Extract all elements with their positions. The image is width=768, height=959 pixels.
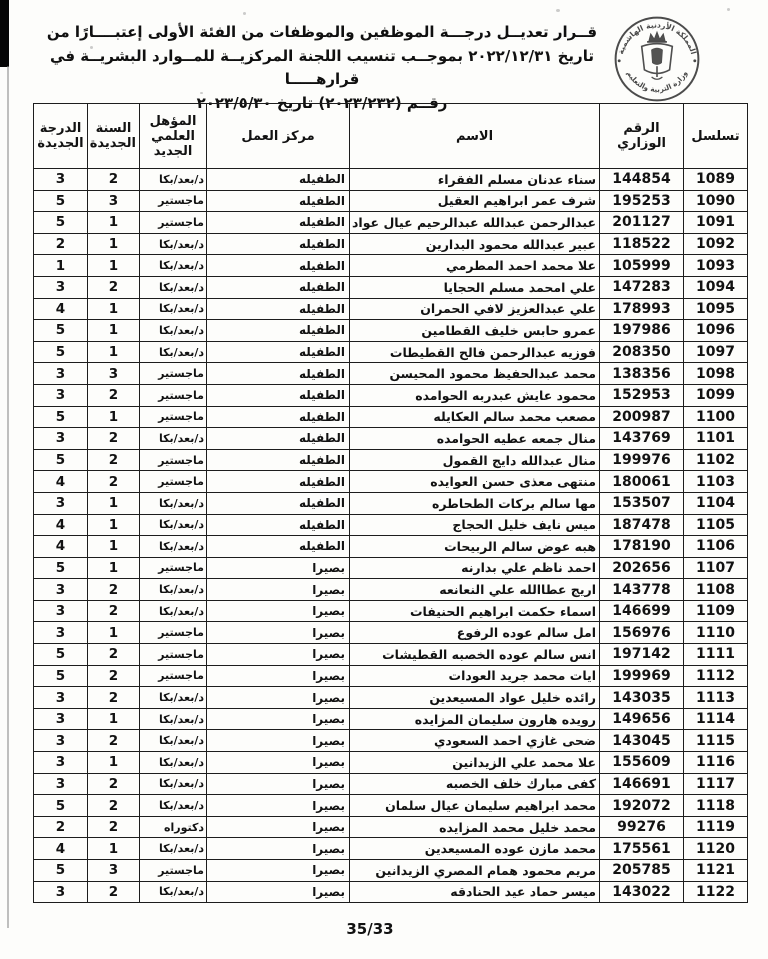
cell-qualification: د/بعد/بكا: [140, 687, 207, 709]
cell-work-center: الطفيله: [207, 428, 350, 450]
cell-new-grade: 4: [34, 514, 88, 536]
table-row: 1112 199969 ايات محمد جريد العودات بصيرا…: [34, 665, 748, 687]
cell-new-grade: 5: [34, 665, 88, 687]
cell-work-center: الطفيله: [207, 363, 350, 385]
cell-qualification: ماجستير: [140, 860, 207, 882]
cell-new-year: 1: [88, 320, 140, 342]
cell-qualification: ماجستير: [140, 557, 207, 579]
cell-serial: 1094: [684, 276, 748, 298]
cell-name: شرف عمر ابراهيم العقيل: [350, 190, 600, 212]
cell-new-year: 2: [88, 687, 140, 709]
table-row: 1097 208350 فوزيه عبدالرحمن فالح القطيطا…: [34, 341, 748, 363]
cell-work-center: الطفيله: [207, 384, 350, 406]
cell-name: اسماء حكمت ابراهيم الحنيفات: [350, 600, 600, 622]
cell-work-center: الطفيله: [207, 514, 350, 536]
table-row: 1092 118522 عبير عبدالله محمود البدارين …: [34, 233, 748, 255]
cell-work-center: بصيرا: [207, 644, 350, 666]
cell-new-year: 2: [88, 730, 140, 752]
cell-work-center: الطفيله: [207, 233, 350, 255]
cell-qualification: د/بعد/بكا: [140, 320, 207, 342]
cell-qualification: د/بعد/بكا: [140, 795, 207, 817]
cell-work-center: بصيرا: [207, 795, 350, 817]
cell-name: محمود عايش عبدربه الحوامده: [350, 384, 600, 406]
cell-new-year: 2: [88, 384, 140, 406]
cell-name: ضحى غازي احمد السعودي: [350, 730, 600, 752]
table-header-row: تسلسل الرقم الوزاري الاسم مركز العمل الم…: [34, 104, 748, 169]
cell-name: عبدالرحمن عبدالله عبدالرحيم عيال عواد: [350, 212, 600, 234]
cell-ministry-number: 118522: [600, 233, 684, 255]
cell-ministry-number: 99276: [600, 816, 684, 838]
cell-new-grade: 3: [34, 579, 88, 601]
table-row: 1090 195253 شرف عمر ابراهيم العقيل الطفي…: [34, 190, 748, 212]
cell-name: مريم محمود همام المصري الزيدانين: [350, 860, 600, 882]
cell-serial: 1102: [684, 449, 748, 471]
cell-name: محمد ابراهيم سليمان عيال سلمان: [350, 795, 600, 817]
cell-work-center: بصيرا: [207, 816, 350, 838]
col-header-ministry-number: الرقم الوزاري: [600, 104, 684, 169]
cell-new-grade: 5: [34, 212, 88, 234]
cell-ministry-number: 144854: [600, 169, 684, 191]
cell-ministry-number: 149656: [600, 708, 684, 730]
cell-name: علي عبدالعزيز لافي الحمران: [350, 298, 600, 320]
scan-noise: [243, 12, 246, 15]
cell-new-grade: 3: [34, 752, 88, 774]
cell-work-center: الطفيله: [207, 298, 350, 320]
table-row: 1096 197986 عمرو حابس خليف القطامين الطف…: [34, 320, 748, 342]
cell-new-year: 1: [88, 838, 140, 860]
col-header-new-year: السنة الجديدة: [88, 104, 140, 169]
cell-new-year: 2: [88, 600, 140, 622]
cell-name: علا محمد احمد المطرمي: [350, 255, 600, 277]
cell-new-year: 1: [88, 536, 140, 558]
cell-work-center: بصيرا: [207, 708, 350, 730]
cell-ministry-number: 146691: [600, 773, 684, 795]
cell-qualification: د/بعد/بكا: [140, 752, 207, 774]
cell-name: مصعب محمد سالم العكايله: [350, 406, 600, 428]
col-header-serial: تسلسل: [684, 104, 748, 169]
table-row: 1118 192072 محمد ابراهيم سليمان عيال سلم…: [34, 795, 748, 817]
cell-ministry-number: 143035: [600, 687, 684, 709]
cell-work-center: الطفيله: [207, 276, 350, 298]
cell-qualification: د/بعد/بكا: [140, 708, 207, 730]
cell-new-grade: 4: [34, 838, 88, 860]
table-row: 1108 143778 اريج عطاالله علي النعانعه بص…: [34, 579, 748, 601]
cell-serial: 1122: [684, 881, 748, 903]
employee-table-body: 1089 144854 سناء عدنان مسلم الفقراء الطف…: [34, 169, 748, 903]
cell-ministry-number: 153507: [600, 492, 684, 514]
seal-emblem-icon: [642, 44, 673, 80]
cell-qualification: ماجستير: [140, 449, 207, 471]
cell-ministry-number: 147283: [600, 276, 684, 298]
cell-new-year: 1: [88, 233, 140, 255]
cell-name: علا محمد علي الزيدانين: [350, 752, 600, 774]
cell-new-year: 1: [88, 298, 140, 320]
cell-qualification: د/بعد/بكا: [140, 276, 207, 298]
table-row: 1107 202656 احمد ناظم علي بدارنه بصيرا م…: [34, 557, 748, 579]
cell-serial: 1116: [684, 752, 748, 774]
cell-new-year: 2: [88, 449, 140, 471]
cell-ministry-number: 208350: [600, 341, 684, 363]
cell-serial: 1101: [684, 428, 748, 450]
cell-ministry-number: 192072: [600, 795, 684, 817]
scan-edge-line: [7, 66, 9, 928]
table-row: 1105 187478 ميس نايف خليل الحجاج الطفيله…: [34, 514, 748, 536]
scan-noise: [556, 9, 560, 12]
cell-new-year: 1: [88, 514, 140, 536]
cell-ministry-number: 201127: [600, 212, 684, 234]
cell-new-year: 2: [88, 644, 140, 666]
cell-work-center: الطفيله: [207, 471, 350, 493]
cell-qualification: ماجستير: [140, 212, 207, 234]
cell-new-grade: 3: [34, 428, 88, 450]
cell-new-year: 2: [88, 665, 140, 687]
cell-new-year: 1: [88, 708, 140, 730]
cell-serial: 1121: [684, 860, 748, 882]
cell-new-year: 1: [88, 212, 140, 234]
cell-new-year: 1: [88, 557, 140, 579]
cell-ministry-number: 105999: [600, 255, 684, 277]
cell-qualification: ماجستير: [140, 622, 207, 644]
cell-serial: 1115: [684, 730, 748, 752]
cell-work-center: بصيرا: [207, 600, 350, 622]
cell-qualification: د/بعد/بكا: [140, 579, 207, 601]
cell-name: انس سالم عوده الخصبه القطيشات: [350, 644, 600, 666]
cell-serial: 1109: [684, 600, 748, 622]
decision-header: قــرار تعديــل درجـــة الموظفين والموظفا…: [28, 21, 616, 115]
cell-serial: 1092: [684, 233, 748, 255]
cell-ministry-number: 143022: [600, 881, 684, 903]
cell-ministry-number: 178993: [600, 298, 684, 320]
cell-new-year: 1: [88, 255, 140, 277]
cell-ministry-number: 138356: [600, 363, 684, 385]
cell-name: ميس نايف خليل الحجاج: [350, 514, 600, 536]
cell-ministry-number: 205785: [600, 860, 684, 882]
cell-work-center: بصيرا: [207, 752, 350, 774]
cell-qualification: ماجستير: [140, 665, 207, 687]
cell-new-grade: 3: [34, 600, 88, 622]
cell-name: احمد ناظم علي بدارنه: [350, 557, 600, 579]
table-row: 1103 180061 منتهى معذى حسن العوايده الطف…: [34, 471, 748, 493]
scan-edge-bar: [0, 0, 9, 67]
table-row: 1098 138356 محمد عبدالحفيظ محمود المحيسن…: [34, 363, 748, 385]
cell-new-grade: 5: [34, 320, 88, 342]
cell-ministry-number: 143769: [600, 428, 684, 450]
cell-qualification: د/بعد/بكا: [140, 536, 207, 558]
decision-header-line-1: قــرار تعديــل درجـــة الموظفين والموظفا…: [28, 21, 616, 45]
cell-serial: 1095: [684, 298, 748, 320]
cell-serial: 1099: [684, 384, 748, 406]
cell-work-center: بصيرا: [207, 622, 350, 644]
cell-serial: 1112: [684, 665, 748, 687]
cell-new-grade: 2: [34, 816, 88, 838]
cell-name: محمد عبدالحفيظ محمود المحيسن: [350, 363, 600, 385]
cell-new-year: 2: [88, 881, 140, 903]
table-row: 1122 143022 ميسر حماد عيد الحنادقه بصيرا…: [34, 881, 748, 903]
cell-ministry-number: 199969: [600, 665, 684, 687]
cell-new-grade: 4: [34, 536, 88, 558]
cell-qualification: ماجستير: [140, 384, 207, 406]
cell-new-year: 2: [88, 773, 140, 795]
cell-name: علي امحمد مسلم الحجايا: [350, 276, 600, 298]
cell-ministry-number: 175561: [600, 838, 684, 860]
cell-work-center: بصيرا: [207, 579, 350, 601]
cell-work-center: الطفيله: [207, 341, 350, 363]
cell-name: هبه عوض سالم الربيحات: [350, 536, 600, 558]
table-row: 1115 143045 ضحى غازي احمد السعودي بصيرا …: [34, 730, 748, 752]
cell-new-grade: 5: [34, 644, 88, 666]
col-header-work-center: مركز العمل: [207, 104, 350, 169]
cell-new-year: 2: [88, 276, 140, 298]
cell-work-center: بصيرا: [207, 687, 350, 709]
cell-work-center: بصيرا: [207, 838, 350, 860]
cell-qualification: ماجستير: [140, 363, 207, 385]
cell-serial: 1114: [684, 708, 748, 730]
cell-new-grade: 2: [34, 233, 88, 255]
cell-qualification: د/بعد/بكا: [140, 514, 207, 536]
cell-serial: 1110: [684, 622, 748, 644]
cell-new-grade: 3: [34, 730, 88, 752]
table-row: 1094 147283 علي امحمد مسلم الحجايا الطفي…: [34, 276, 748, 298]
col-header-name: الاسم: [350, 104, 600, 169]
cell-serial: 1100: [684, 406, 748, 428]
seal-crown-icon: [647, 32, 667, 42]
cell-qualification: د/بعد/بكا: [140, 428, 207, 450]
cell-new-grade: 4: [34, 471, 88, 493]
table-row: 1102 199976 منال عبدالله دايج القمول الط…: [34, 449, 748, 471]
table-row: 1121 205785 مريم محمود همام المصري الزيد…: [34, 860, 748, 882]
table-row: 1119 99276 محمد خليل محمد المزايده بصيرا…: [34, 816, 748, 838]
cell-qualification: د/بعد/بكا: [140, 600, 207, 622]
cell-name: ميسر حماد عيد الحنادقه: [350, 881, 600, 903]
cell-new-grade: 5: [34, 557, 88, 579]
cell-new-year: 3: [88, 363, 140, 385]
cell-qualification: ماجستير: [140, 471, 207, 493]
cell-serial: 1089: [684, 169, 748, 191]
cell-serial: 1119: [684, 816, 748, 838]
cell-ministry-number: 195253: [600, 190, 684, 212]
cell-serial: 1097: [684, 341, 748, 363]
table-row: 1116 155609 علا محمد علي الزيدانين بصيرا…: [34, 752, 748, 774]
table-row: 1106 178190 هبه عوض سالم الربيحات الطفيل…: [34, 536, 748, 558]
cell-work-center: الطفيله: [207, 536, 350, 558]
cell-new-year: 3: [88, 190, 140, 212]
cell-qualification: د/بعد/بكا: [140, 492, 207, 514]
cell-serial: 1091: [684, 212, 748, 234]
cell-new-year: 1: [88, 492, 140, 514]
cell-name: مها سالم بركات الطحاطره: [350, 492, 600, 514]
cell-new-grade: 3: [34, 363, 88, 385]
cell-new-year: 1: [88, 406, 140, 428]
cell-work-center: بصيرا: [207, 665, 350, 687]
table-row: 1093 105999 علا محمد احمد المطرمي الطفيل…: [34, 255, 748, 277]
cell-work-center: الطفيله: [207, 320, 350, 342]
cell-qualification: د/بعد/بكا: [140, 233, 207, 255]
ministry-seal-icon: المملكة الأردنية الهاشمية وزارة التربية …: [611, 14, 703, 104]
cell-name: اريج عطاالله علي النعانعه: [350, 579, 600, 601]
cell-qualification: ماجستير: [140, 406, 207, 428]
ministry-seal: المملكة الأردنية الهاشمية وزارة التربية …: [611, 14, 703, 104]
table-row: 1100 200987 مصعب محمد سالم العكايله الطف…: [34, 406, 748, 428]
cell-ministry-number: 143045: [600, 730, 684, 752]
col-header-new-grade: الدرجة الجديدة: [34, 104, 88, 169]
cell-new-grade: 3: [34, 773, 88, 795]
cell-ministry-number: 178190: [600, 536, 684, 558]
cell-ministry-number: 199976: [600, 449, 684, 471]
cell-ministry-number: 197986: [600, 320, 684, 342]
table-row: 1099 152953 محمود عايش عبدربه الحوامده ا…: [34, 384, 748, 406]
cell-work-center: بصيرا: [207, 557, 350, 579]
cell-serial: 1106: [684, 536, 748, 558]
scan-noise: [727, 8, 730, 11]
cell-name: محمد خليل محمد المزايده: [350, 816, 600, 838]
employee-roster-table: تسلسل الرقم الوزاري الاسم مركز العمل الم…: [33, 103, 748, 903]
cell-name: منال عبدالله دايج القمول: [350, 449, 600, 471]
cell-name: عمرو حابس خليف القطامين: [350, 320, 600, 342]
cell-serial: 1111: [684, 644, 748, 666]
cell-qualification: د/بعد/بكا: [140, 169, 207, 191]
cell-serial: 1105: [684, 514, 748, 536]
cell-ministry-number: 146699: [600, 600, 684, 622]
table-row: 1109 146699 اسماء حكمت ابراهيم الحنيفات …: [34, 600, 748, 622]
cell-serial: 1093: [684, 255, 748, 277]
cell-new-year: 2: [88, 816, 140, 838]
cell-qualification: ماجستير: [140, 190, 207, 212]
cell-work-center: الطفيله: [207, 169, 350, 191]
cell-new-grade: 5: [34, 860, 88, 882]
cell-ministry-number: 180061: [600, 471, 684, 493]
cell-new-grade: 1: [34, 255, 88, 277]
cell-ministry-number: 155609: [600, 752, 684, 774]
cell-serial: 1120: [684, 838, 748, 860]
cell-ministry-number: 202656: [600, 557, 684, 579]
cell-work-center: الطفيله: [207, 255, 350, 277]
cell-work-center: بصيرا: [207, 881, 350, 903]
cell-ministry-number: 156976: [600, 622, 684, 644]
cell-new-grade: 5: [34, 795, 88, 817]
cell-work-center: بصيرا: [207, 730, 350, 752]
cell-work-center: بصيرا: [207, 860, 350, 882]
cell-ministry-number: 143778: [600, 579, 684, 601]
cell-name: امل سالم عوده الرفوع: [350, 622, 600, 644]
table-row: 1104 153507 مها سالم بركات الطحاطره الطف…: [34, 492, 748, 514]
cell-work-center: الطفيله: [207, 406, 350, 428]
cell-new-grade: 5: [34, 406, 88, 428]
cell-name: ايات محمد جريد العودات: [350, 665, 600, 687]
cell-qualification: د/بعد/بكا: [140, 838, 207, 860]
cell-new-grade: 5: [34, 341, 88, 363]
cell-qualification: د/بعد/بكا: [140, 881, 207, 903]
cell-serial: 1096: [684, 320, 748, 342]
cell-new-grade: 3: [34, 622, 88, 644]
table-row: 1111 197142 انس سالم عوده الخصبه القطيشا…: [34, 644, 748, 666]
cell-ministry-number: 200987: [600, 406, 684, 428]
cell-new-grade: 3: [34, 169, 88, 191]
cell-new-year: 2: [88, 579, 140, 601]
cell-name: كفى مبارك خلف الخصبه: [350, 773, 600, 795]
cell-new-year: 1: [88, 752, 140, 774]
cell-new-grade: 3: [34, 492, 88, 514]
cell-work-center: الطفيله: [207, 212, 350, 234]
cell-serial: 1108: [684, 579, 748, 601]
cell-new-grade: 3: [34, 384, 88, 406]
cell-serial: 1117: [684, 773, 748, 795]
cell-serial: 1090: [684, 190, 748, 212]
table-row: 1113 143035 رائده خليل عواد المسيعدين بص…: [34, 687, 748, 709]
cell-new-grade: 3: [34, 708, 88, 730]
cell-serial: 1113: [684, 687, 748, 709]
cell-ministry-number: 152953: [600, 384, 684, 406]
cell-name: رائده خليل عواد المسيعدين: [350, 687, 600, 709]
cell-serial: 1103: [684, 471, 748, 493]
cell-serial: 1107: [684, 557, 748, 579]
cell-new-year: 2: [88, 428, 140, 450]
cell-qualification: د/بعد/بكا: [140, 730, 207, 752]
cell-new-year: 2: [88, 795, 140, 817]
cell-name: منال جمعه عطيه الحوامده: [350, 428, 600, 450]
cell-new-grade: 5: [34, 190, 88, 212]
cell-qualification: د/بعد/بكا: [140, 341, 207, 363]
cell-qualification: ماجستير: [140, 644, 207, 666]
table-row: 1120 175561 محمد مازن عوده المسيعدين بصي…: [34, 838, 748, 860]
cell-name: محمد مازن عوده المسيعدين: [350, 838, 600, 860]
col-header-qualification: المؤهل العلمي الجديد: [140, 104, 207, 169]
cell-ministry-number: 187478: [600, 514, 684, 536]
cell-serial: 1118: [684, 795, 748, 817]
cell-new-grade: 5: [34, 449, 88, 471]
cell-qualification: دكتوراه: [140, 816, 207, 838]
cell-new-grade: 3: [34, 687, 88, 709]
cell-new-grade: 3: [34, 276, 88, 298]
cell-name: منتهى معذى حسن العوايده: [350, 471, 600, 493]
cell-serial: 1104: [684, 492, 748, 514]
table-row: 1101 143769 منال جمعه عطيه الحوامده الطف…: [34, 428, 748, 450]
cell-work-center: الطفيله: [207, 449, 350, 471]
table-row: 1091 201127 عبدالرحمن عبدالله عبدالرحيم …: [34, 212, 748, 234]
table-row: 1117 146691 كفى مبارك خلف الخصبه بصيرا د…: [34, 773, 748, 795]
cell-qualification: د/بعد/بكا: [140, 773, 207, 795]
cell-qualification: د/بعد/بكا: [140, 255, 207, 277]
page-number: 35/33: [0, 920, 740, 938]
table-row: 1114 149656 رويده هارون سليمان المزايده …: [34, 708, 748, 730]
cell-qualification: د/بعد/بكا: [140, 298, 207, 320]
cell-name: سناء عدنان مسلم الفقراء: [350, 169, 600, 191]
cell-ministry-number: 197142: [600, 644, 684, 666]
cell-name: عبير عبدالله محمود البدارين: [350, 233, 600, 255]
cell-name: فوزيه عبدالرحمن فالح القطيطات: [350, 341, 600, 363]
cell-work-center: بصيرا: [207, 773, 350, 795]
cell-new-year: 2: [88, 471, 140, 493]
table-row: 1095 178993 علي عبدالعزيز لافي الحمران ا…: [34, 298, 748, 320]
cell-new-year: 1: [88, 341, 140, 363]
cell-name: رويده هارون سليمان المزايده: [350, 708, 600, 730]
cell-work-center: الطفيله: [207, 492, 350, 514]
cell-new-year: 3: [88, 860, 140, 882]
decision-header-line-2: تاريخ ٢٠٢٢/١٢/٣١ بموجــب تنسيب اللجنة ال…: [28, 45, 616, 92]
cell-work-center: الطفيله: [207, 190, 350, 212]
table-row: 1089 144854 سناء عدنان مسلم الفقراء الطف…: [34, 169, 748, 191]
cell-new-year: 2: [88, 169, 140, 191]
scanned-decision-page: قــرار تعديــل درجـــة الموظفين والموظفا…: [0, 0, 768, 959]
table-row: 1110 156976 امل سالم عوده الرفوع بصيرا م…: [34, 622, 748, 644]
cell-new-grade: 3: [34, 881, 88, 903]
cell-new-year: 1: [88, 622, 140, 644]
cell-new-grade: 4: [34, 298, 88, 320]
cell-serial: 1098: [684, 363, 748, 385]
